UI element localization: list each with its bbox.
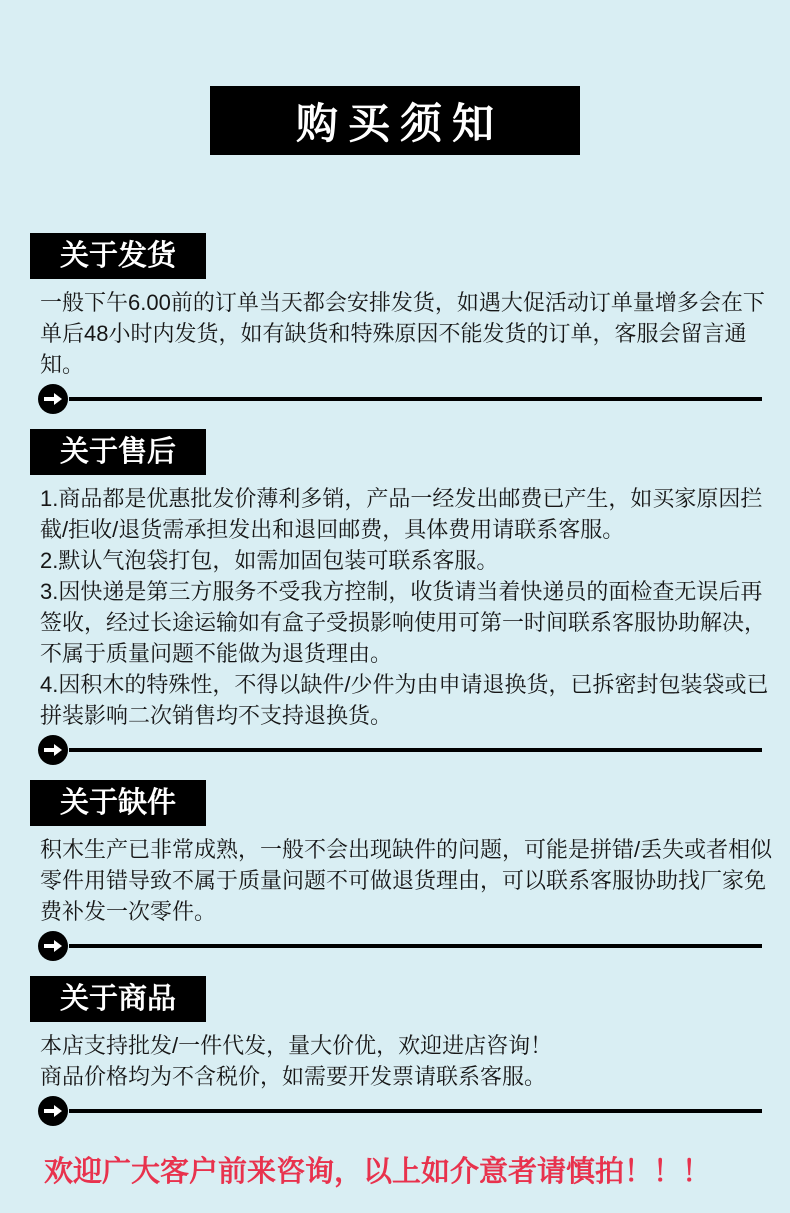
section-product: 关于商品 本店支持批发/一件代发，量大价优，欢迎进店咨询！ 商品价格均为不含税价… (0, 976, 790, 1126)
section-shipping-body: 一般下午6.00前的订单当天都会安排发货，如遇大促活动订单量增多会在下单后48小… (40, 287, 778, 380)
divider-line (69, 1109, 762, 1113)
section-after-sales-body: 1.商品都是优惠批发价薄利多销，产品一经发出邮费已产生，如买家原因拦截/拒收/退… (40, 483, 778, 731)
section-product-body: 本店支持批发/一件代发，量大价优，欢迎进店咨询！ 商品价格均为不含税价，如需要开… (40, 1030, 778, 1092)
right-arrow-icon (38, 735, 68, 765)
right-arrow-icon (38, 1096, 68, 1126)
section-divider (38, 1096, 762, 1126)
section-shipping-heading: 关于发货 (30, 233, 206, 279)
divider-line (69, 944, 762, 948)
section-missing-parts-body: 积木生产已非常成熟，一般不会出现缺件的问题，可能是拼错/丢失或者相似零件用错导致… (40, 834, 778, 927)
section-divider (38, 384, 762, 414)
section-after-sales: 关于售后 1.商品都是优惠批发价薄利多销，产品一经发出邮费已产生，如买家原因拦截… (0, 429, 790, 765)
paragraph: 3.因快递是第三方服务不受我方控制，收货请当着快递员的面检查无误后再签收，经过长… (40, 576, 778, 669)
section-missing-parts-heading: 关于缺件 (30, 780, 206, 826)
paragraph: 2.默认气泡袋打包，如需加固包装可联系客服。 (40, 545, 778, 576)
section-shipping: 关于发货 一般下午6.00前的订单当天都会安排发货，如遇大促活动订单量增多会在下… (0, 155, 790, 414)
section-product-heading: 关于商品 (30, 976, 206, 1022)
page-title-text: 购买须知 (296, 91, 504, 151)
paragraph: 4.因积木的特殊性，不得以缺件/少件为由申请退换货，已拆密封包装袋或已拼装影响二… (40, 669, 778, 731)
paragraph: 一般下午6.00前的订单当天都会安排发货，如遇大促活动订单量增多会在下单后48小… (40, 287, 778, 380)
right-arrow-icon (38, 384, 68, 414)
paragraph: 积木生产已非常成熟，一般不会出现缺件的问题，可能是拼错/丢失或者相似零件用错导致… (40, 834, 778, 927)
right-arrow-icon (38, 931, 68, 961)
section-divider (38, 931, 762, 961)
page-title: 购买须知 (210, 86, 580, 155)
divider-line (69, 748, 762, 752)
purchase-notice-page: 购买须知 关于发货 一般下午6.00前的订单当天都会安排发货，如遇大促活动订单量… (0, 0, 790, 1213)
divider-line (69, 397, 762, 401)
footer-warning-note: 欢迎广大客户前来咨询，以上如介意者请慎拍！！！ (44, 1152, 770, 1192)
section-divider (38, 735, 762, 765)
section-after-sales-heading: 关于售后 (30, 429, 206, 475)
paragraph: 商品价格均为不含税价，如需要开发票请联系客服。 (40, 1061, 778, 1092)
section-missing-parts: 关于缺件 积木生产已非常成熟，一般不会出现缺件的问题，可能是拼错/丢失或者相似零… (0, 780, 790, 961)
paragraph: 本店支持批发/一件代发，量大价优，欢迎进店咨询！ (40, 1030, 778, 1061)
paragraph: 1.商品都是优惠批发价薄利多销，产品一经发出邮费已产生，如买家原因拦截/拒收/退… (40, 483, 778, 545)
